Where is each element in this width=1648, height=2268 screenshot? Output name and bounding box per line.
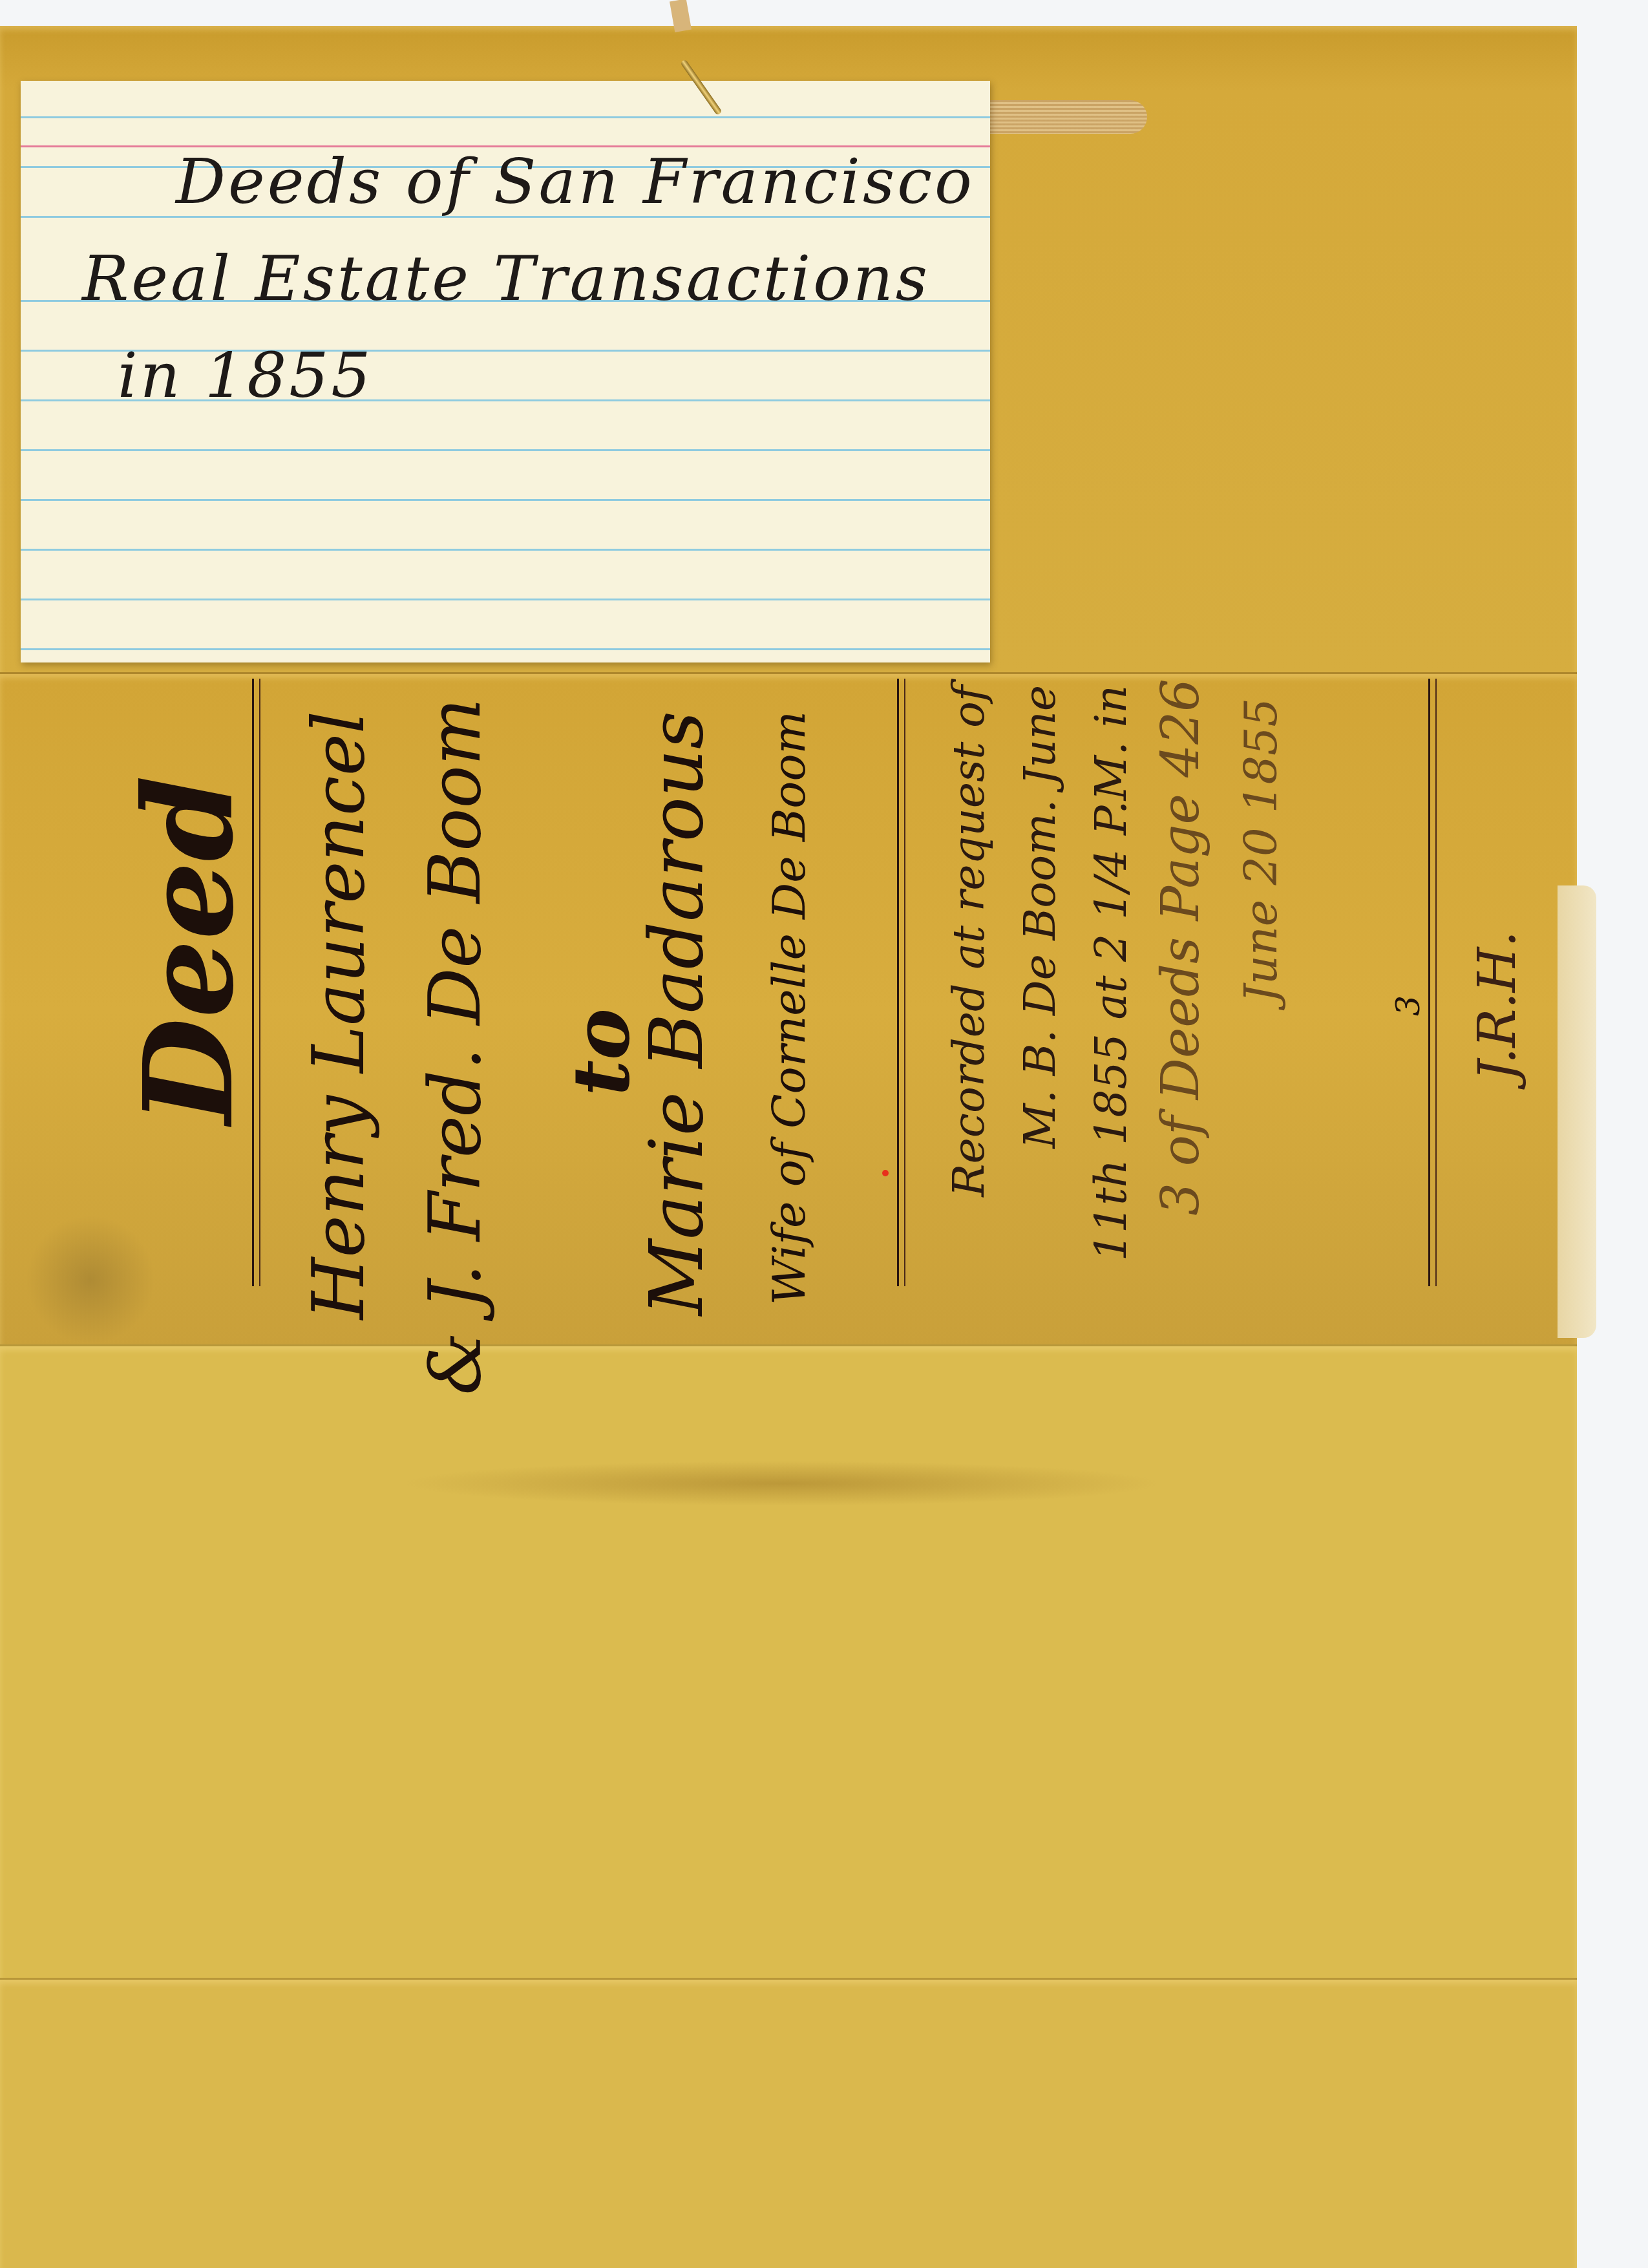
recording-note-line: Recorded at request of [944,685,995,1197]
recorder-signature: J.R.H. [1467,931,1527,1081]
recording-note-line: M. B. De Boom. June [1015,685,1066,1149]
bottom-fold-panel [0,1978,1577,2268]
water-stain [401,1461,1163,1506]
double-rule [252,679,260,1286]
index-card: Deeds of San Francisco Real Estate Trans… [21,81,990,662]
double-rule [897,679,905,1286]
grantor-name: Henry Laurencel [297,711,380,1319]
blank-fold-panel [0,1344,1577,1980]
torn-paper-edge [1558,885,1596,1338]
grantor-name: & J. Fred. De Boom [414,698,496,1395]
grantee-note: Wife of Cornelle De Boom [763,711,816,1305]
docket-title: Deed [116,776,260,1124]
double-rule [1428,679,1437,1286]
deed-docket: Deed Henry Laurencel & J. Fred. De Boom … [78,672,1551,1306]
recording-note-line: 3 of Deeds Page 426 [1150,679,1210,1216]
card-line-subject: Real Estate Transactions [82,242,1051,315]
card-line-title: Deeds of San Francisco [176,145,1145,218]
docket-number: 3 [1389,995,1427,1016]
recording-date: June 20 1855 [1234,698,1287,1002]
ribbon-binding [989,100,1147,134]
card-line-year: in 1855 [118,339,1087,412]
red-ink-mark [882,1170,889,1176]
recording-note-line: 11th 1855 at 2 1/4 P.M. in [1086,685,1137,1261]
grantee-name: Marie Badarous [633,711,720,1315]
